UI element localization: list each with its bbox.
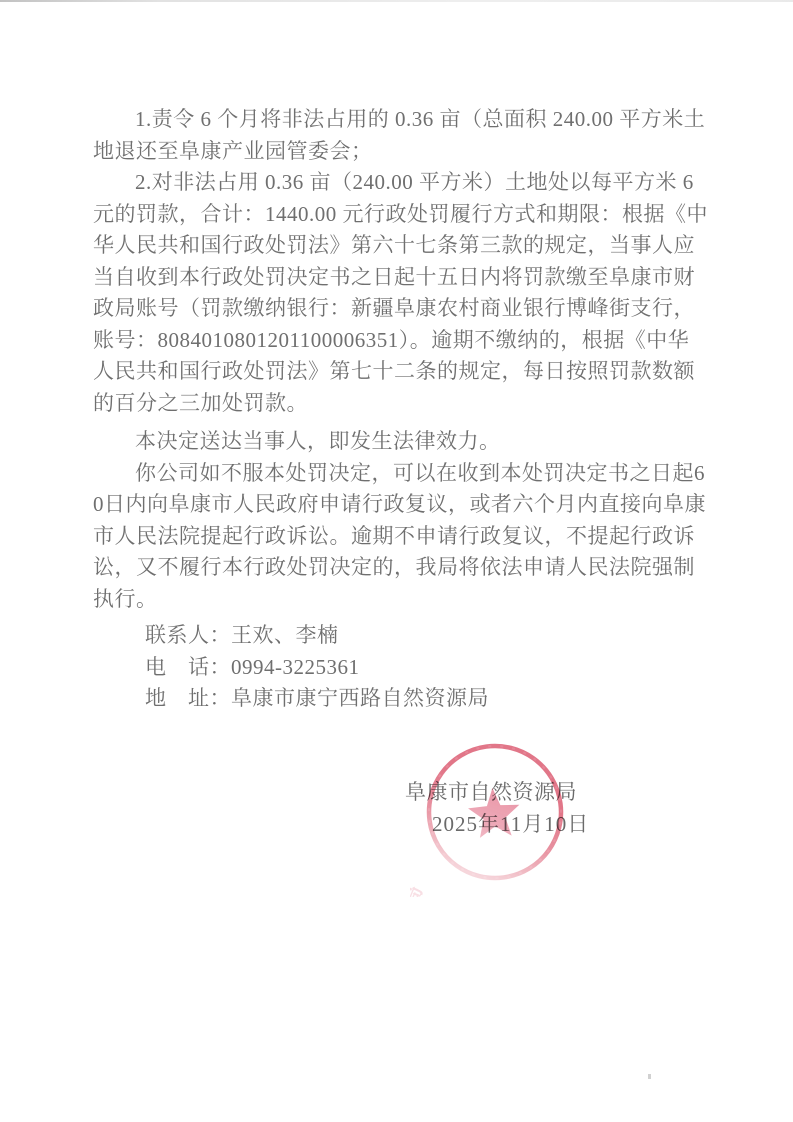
contact-phone-line: 电 话：0994-3225361	[93, 652, 733, 684]
text-line: 执行。	[93, 584, 733, 616]
scan-speck-artifact	[648, 1074, 651, 1079]
text-line: 华人民共和国行政处罚法》第六十七条第三款的规定，当事人应	[93, 230, 733, 262]
text-line: 1.责令 6 个月将非法占用的 0.36 亩（总面积 240.00 平方米土	[93, 104, 733, 136]
paragraph: 2.对非法占用 0.36 亩（240.00 平方米）土地处以每平方米 6 元的罚…	[93, 167, 733, 419]
scanner-edge-artifact	[0, 0, 793, 2]
seal-rotated-group: 阜康市自然资源局	[410, 730, 580, 897]
paragraph: 本决定送达当事人，即发生法律效力。	[93, 426, 733, 458]
text-line: 人民共和国行政处罚法》第七十二条的规定，每日按照罚款数额	[93, 356, 733, 388]
text-line: 讼，又不履行本行政处罚决定的，我局将依法申请人民法院强制	[93, 552, 733, 584]
seal-graphic: 阜康市自然资源局	[410, 727, 580, 897]
text-line: 政局账号（罚款缴纳银行：新疆阜康农村商业银行博峰街支行，	[93, 293, 733, 325]
star-icon	[464, 785, 521, 843]
text-line: 的百分之三加处罚款。	[93, 388, 733, 420]
scanned-document-page: 1.责令 6 个月将非法占用的 0.36 亩（总面积 240.00 平方米土 地…	[0, 0, 793, 1122]
official-seal-stamp: 阜康市自然资源局	[410, 727, 580, 897]
document-body: 1.责令 6 个月将非法占用的 0.36 亩（总面积 240.00 平方米土 地…	[93, 104, 733, 715]
text-line: 你公司如不服本处罚决定，可以在收到本处罚决定书之日起6	[93, 458, 733, 490]
text-line: 元的罚款，合计：1440.00 元行政处罚履行方式和期限：根据《中	[93, 199, 733, 231]
text-line: 当自收到本行政处罚决定书之日起十五日内将罚款缴至阜康市财	[93, 262, 733, 294]
contact-info-block: 联系人：王欢、李楠 电 话：0994-3225361 地 址：阜康市康宁西路自然…	[93, 620, 733, 715]
text-line: 市人民法院提起行政诉讼。逾期不申请行政复议，不提起行政诉	[93, 521, 733, 553]
paragraph: 1.责令 6 个月将非法占用的 0.36 亩（总面积 240.00 平方米土 地…	[93, 104, 733, 167]
contact-address-line: 地 址：阜康市康宁西路自然资源局	[93, 683, 733, 715]
text-line: 0日内向阜康市人民政府申请行政复议，或者六个月内直接向阜康	[93, 489, 733, 521]
contact-person-line: 联系人：王欢、李楠	[93, 620, 733, 652]
text-line: 本决定送达当事人，即发生法律效力。	[93, 426, 733, 458]
text-line: 2.对非法占用 0.36 亩（240.00 平方米）土地处以每平方米 6	[93, 167, 733, 199]
paragraph: 你公司如不服本处罚决定，可以在收到本处罚决定书之日起6 0日内向阜康市人民政府申…	[93, 458, 733, 616]
text-line: 账号：8084010801201100006351）。逾期不缴纳的，根据《中华	[93, 325, 733, 357]
text-line: 地退还至阜康产业园管委会；	[93, 136, 733, 168]
